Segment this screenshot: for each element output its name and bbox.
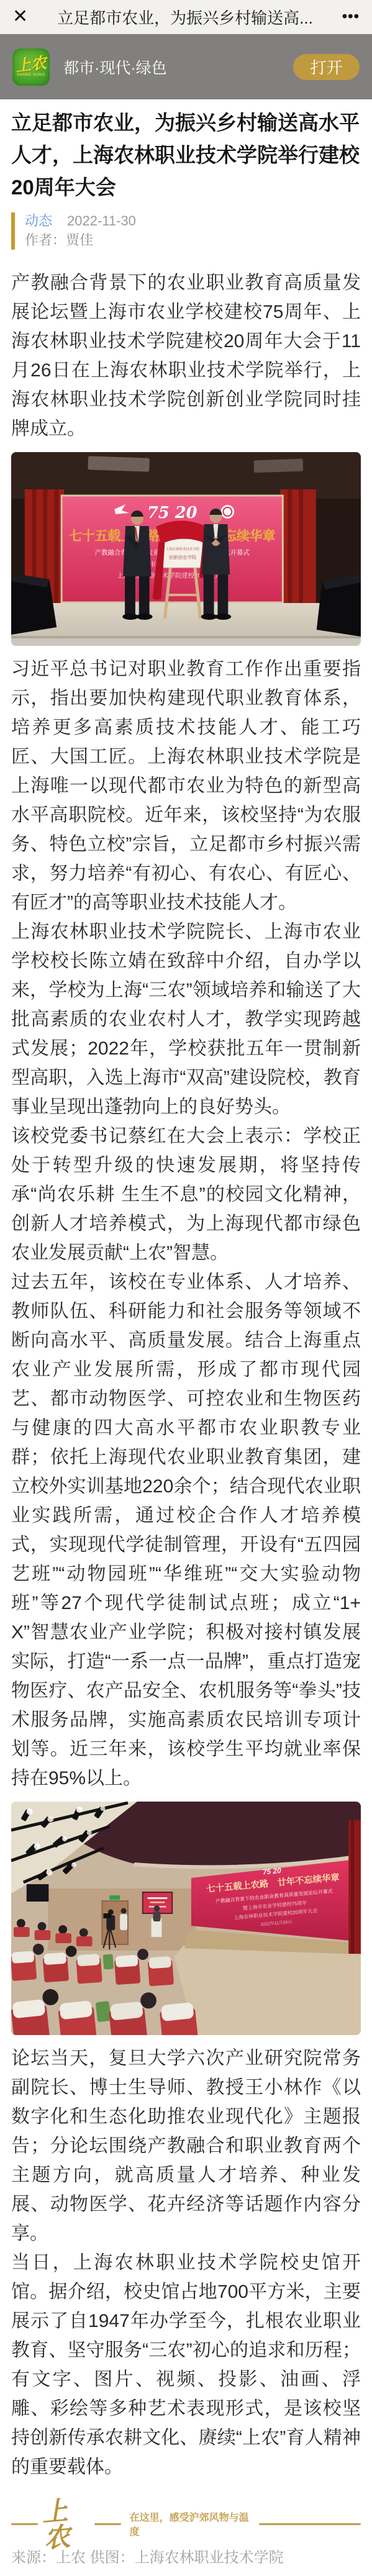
wall-speaker <box>27 1884 49 1902</box>
article-paragraph: 该校党委书记蔡红在大会上表示：学校正处于转型升级的快速发展期，将坚持传承“尚农乐… <box>11 1122 361 1268</box>
author-line: 作者：贾佳 <box>25 231 361 250</box>
curtain-fold <box>54 489 58 615</box>
close-icon[interactable]: ✕ <box>12 7 28 26</box>
article-paragraph: 当日，上海农林职业技术学院校史馆开馆。据介绍，校史馆占地700平方米，主要展示了… <box>11 2248 361 2482</box>
article-paragraph: 论坛当天，复旦大学六次产业研究院常务副院长、博士生导师、教授王小林作《以数字化和… <box>11 2044 361 2248</box>
brand-tagline: 在这里，感受沪郊风物与温度 <box>130 2510 250 2538</box>
article-paragraph: 习近平总书记对职业教育工作作出重要指示，指出要加快构建现代职业教育体系，培养更多… <box>11 655 361 917</box>
more-menu-icon[interactable]: ••• <box>342 8 360 25</box>
svg-text:上海农林职业技术学院: 上海农林职业技术学院 <box>166 546 200 551</box>
auditorium-photo[interactable]: 75 20 七十五载上农路 廿年不忘续华章 产教融合背景下的农业职业教育高质量发… <box>11 1802 361 2035</box>
publish-date: 2022-11-30 <box>67 212 136 230</box>
category-badge: 动态 <box>25 212 52 230</box>
curtain-fold <box>299 489 303 615</box>
brand-divider <box>11 2523 38 2525</box>
curtain-right <box>280 489 315 615</box>
app-logo-text: 上农 <box>15 55 48 75</box>
ceremony-photo[interactable]: 75 20 七十五载上农路 廿年不忘续华章 产教融合背景下的农业职业教育高质量发… <box>11 452 361 646</box>
speaker-right <box>317 574 361 637</box>
stage-carpet <box>174 1946 361 2035</box>
article-body: 产教融合背景下的农业职业教育高质量发展论坛暨上海市农业学校建校75周年、上海农林… <box>11 268 361 2482</box>
open-app-button[interactable]: 打开 <box>293 54 360 80</box>
svg-text:创新创业学院: 创新创业学院 <box>169 554 197 560</box>
article-paragraph: 上海农林职业技术学院院长、上海市农业学校校长陈立婧在致辞中介绍，自办学以来，学校… <box>11 917 361 1122</box>
page-title: 立足都市农业，为振兴乡村输送高水平人才，上海农林职业技术学院举行建校20周年大会 <box>11 107 361 204</box>
svg-text:75 20: 75 20 <box>262 1866 281 1877</box>
article-meta: 动态 2022-11-30 作者：贾佳 <box>11 212 361 250</box>
app-banner: 上农 SHANG NONG 都市·现代·绿色 打开 <box>0 34 372 99</box>
stage-curtain-right <box>348 1820 361 1954</box>
ceiling-vent <box>254 459 304 473</box>
screen-numbers: 75 20 <box>147 504 197 522</box>
browser-title: 立足都市农业，为振兴乡村输送高... <box>28 6 342 29</box>
app-logo-icon: 上农 SHANG NONG <box>12 48 50 86</box>
article-paragraph: 过去五年，该校在专业体系、人才培养、教师队伍、科研能力和社会服务等领域不断向高水… <box>11 1268 361 1793</box>
vignette-bottom <box>11 636 361 646</box>
assistant-figure <box>120 1908 127 1931</box>
unveiled-plaque: 上海农林职业技术学院 创新创业学院 <box>163 539 202 568</box>
brand-divider <box>94 2523 121 2525</box>
article: 立足都市农业，为振兴乡村输送高水平人才，上海农林职业技术学院举行建校20周年大会… <box>0 99 372 2482</box>
article-paragraph: 产教融合背景下的农业职业教育高质量发展论坛暨上海市农业学校建校75周年、上海农林… <box>11 268 361 443</box>
browser-bar: ✕ 立足都市农业，为振兴乡村输送高... ••• <box>0 0 372 34</box>
footer-brand: 上农 在这里，感受沪郊风物与温度 <box>0 2504 372 2544</box>
app-tagline: 都市·现代·绿色 <box>63 56 293 78</box>
curtain-fold <box>288 489 292 615</box>
ceiling-vent <box>88 456 150 471</box>
brand-logo: 上农 <box>40 2496 91 2552</box>
brand-divider <box>259 2523 361 2525</box>
